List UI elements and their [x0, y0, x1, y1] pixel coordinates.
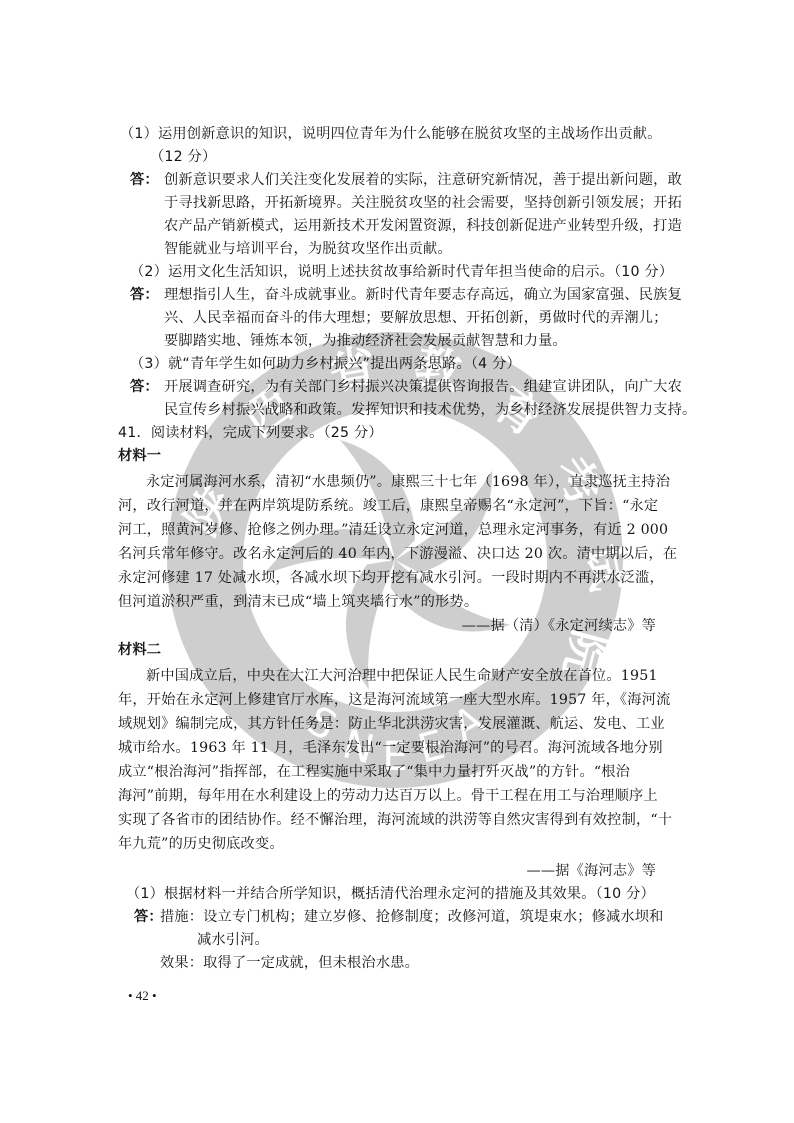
material1-title: 材料一: [118, 446, 161, 466]
material2-line: 海河”前期，每年用在水利建设上的劳动力达百万以上。骨干工程在用工与治理顺序上: [118, 786, 658, 806]
material2-line: 实现了各省市的团结协作。经不懈治理，海河流域的洪涝等自然灾害得到有效控制，“十: [118, 810, 672, 830]
q3-answer-label: 答：: [130, 377, 159, 397]
material2-line: 年，开始在永定河上修建官厅水库，这是海河流域第一座大型水库。1957 年，《海河…: [118, 690, 670, 710]
q2-answer-line: 要脚踏实地、锤炼本领，为推动经济社会发展贡献智慧和力量。: [164, 331, 567, 351]
q41-sub1-question: （1）根据材料一并结合所学知识，概括清代治理永定河的措施及其效果。（10 分）: [126, 884, 655, 904]
q41-sub1-measures: 措施：设立专门机构；建立岁修、抢修制度；改修河道，筑堤束水；修减水坝和: [160, 907, 664, 927]
material2-line: 年九荒”的历史彻底改变。: [118, 834, 284, 854]
q1-answer-line: 创新意识要求人们关注变化发展着的实际，注意研究新情况，善于提出新问题，敢: [164, 170, 682, 190]
q41-sub1-answer-label: 答：: [134, 907, 163, 927]
q3-answer-line: 民宣传乡村振兴战略和政策。发挥知识和技术优势，为乡村经济发展提供智力支持。: [164, 400, 696, 420]
q1-answer-label: 答：: [130, 170, 159, 190]
q3-question: （3）就“青年学生如何助力乡村振兴”提出两条思路。（4 分）: [130, 354, 521, 374]
q1-question: （1）运用创新意识的知识，说明四位青年为什么能够在脱贫攻坚的主战场作出贡献。: [120, 124, 662, 144]
material1-line: 河工，照黄河岁修、抢修之例办理。”清廷设立永定河道，总理永定河事务，有近 2 0…: [118, 520, 668, 540]
q41-sub1-effect: 效果：取得了一定成就，但未根治水患。: [160, 953, 419, 973]
page-number: • 42 •: [128, 988, 157, 1004]
q41-sub1-measures-cont: 减水引河。: [197, 930, 269, 950]
document-page: （1）运用创新意识的知识，说明四位青年为什么能够在脱贫攻坚的主战场作出贡献。 （…: [0, 0, 794, 1123]
q1-answer-line: 智能就业与培训平台，为脱贫攻坚作出贡献。: [164, 239, 452, 259]
material1-line: 但河道淤积严重，到清末已成“墙上筑夹墙行水”的形势。: [118, 592, 478, 612]
material2-line: 城市给水。1963 年 11 月，毛泽东发出“一定要根治海河”的号召。海河流域各…: [118, 738, 663, 758]
material2-line: 成立“根治海河”指挥部，在工程实施中采取了“集中力量打歼灭战”的方针。“根治: [118, 762, 630, 782]
q3-answer-line: 开展调查研究，为有关部门乡村振兴决策提供咨询报告。组建宣讲团队，向广大农: [164, 377, 682, 397]
q2-answer-line: 理想指引人生，奋斗成就事业。新时代青年要志存高远，确立为国家富强、民族复: [164, 285, 682, 305]
q1-score: （12 分）: [150, 147, 216, 167]
q2-answer-label: 答：: [130, 285, 159, 305]
material1-line: 河，改行河道，并在两岸筑堤防系统。竣工后，康熙皇帝赐名“永定河”，下旨：“永定: [118, 496, 658, 516]
q41-heading: 41．阅读材料，完成下列要求。（25 分）: [118, 423, 383, 443]
material1-line: 名河兵常年修守。改名永定河后的 40 年内，下游漫溢、决口达 20 次。清中期以…: [118, 544, 677, 564]
material1-source: ——据（清）《永定河续志》等: [462, 616, 656, 636]
material1-line: 永定河属海河水系，清初“水患频仍”。康熙三十七年（1698 年），直隶巡抚主持治: [146, 472, 670, 492]
material2-title: 材料二: [118, 640, 161, 660]
q1-answer-line: 于寻找新思路，开拓新境界。关注脱贫攻坚的社会需要，坚持创新引领发展；开拓: [164, 193, 682, 213]
q1-answer-line: 农产品产销新模式，运用新技术开发闲置资源，科技创新促进产业转型升级，打造: [164, 216, 682, 236]
material2-line: 新中国成立后，中央在大江大河治理中把保证人民生命财产安全放在首位。1951: [146, 666, 658, 686]
q2-question: （2）运用文化生活知识，说明上述扶贫故事给新时代青年担当使命的启示。（10 分）: [130, 262, 673, 282]
material2-line: 域规划》编制完成，其方针任务是：防止华北洪涝灾害，发展灌溉、航运、发电、工业: [118, 714, 665, 734]
material1-line: 永定河修建 17 处减水坝，各减水坝下均开挖有减水引河。一段时期内不再洪水泛滥，: [118, 568, 664, 588]
q2-answer-line: 兴、人民幸福而奋斗的伟大理想；要解放思想、开拓创新，勇做时代的弄潮儿；: [164, 308, 668, 328]
material2-source: ——据《海河志》等: [527, 861, 657, 881]
